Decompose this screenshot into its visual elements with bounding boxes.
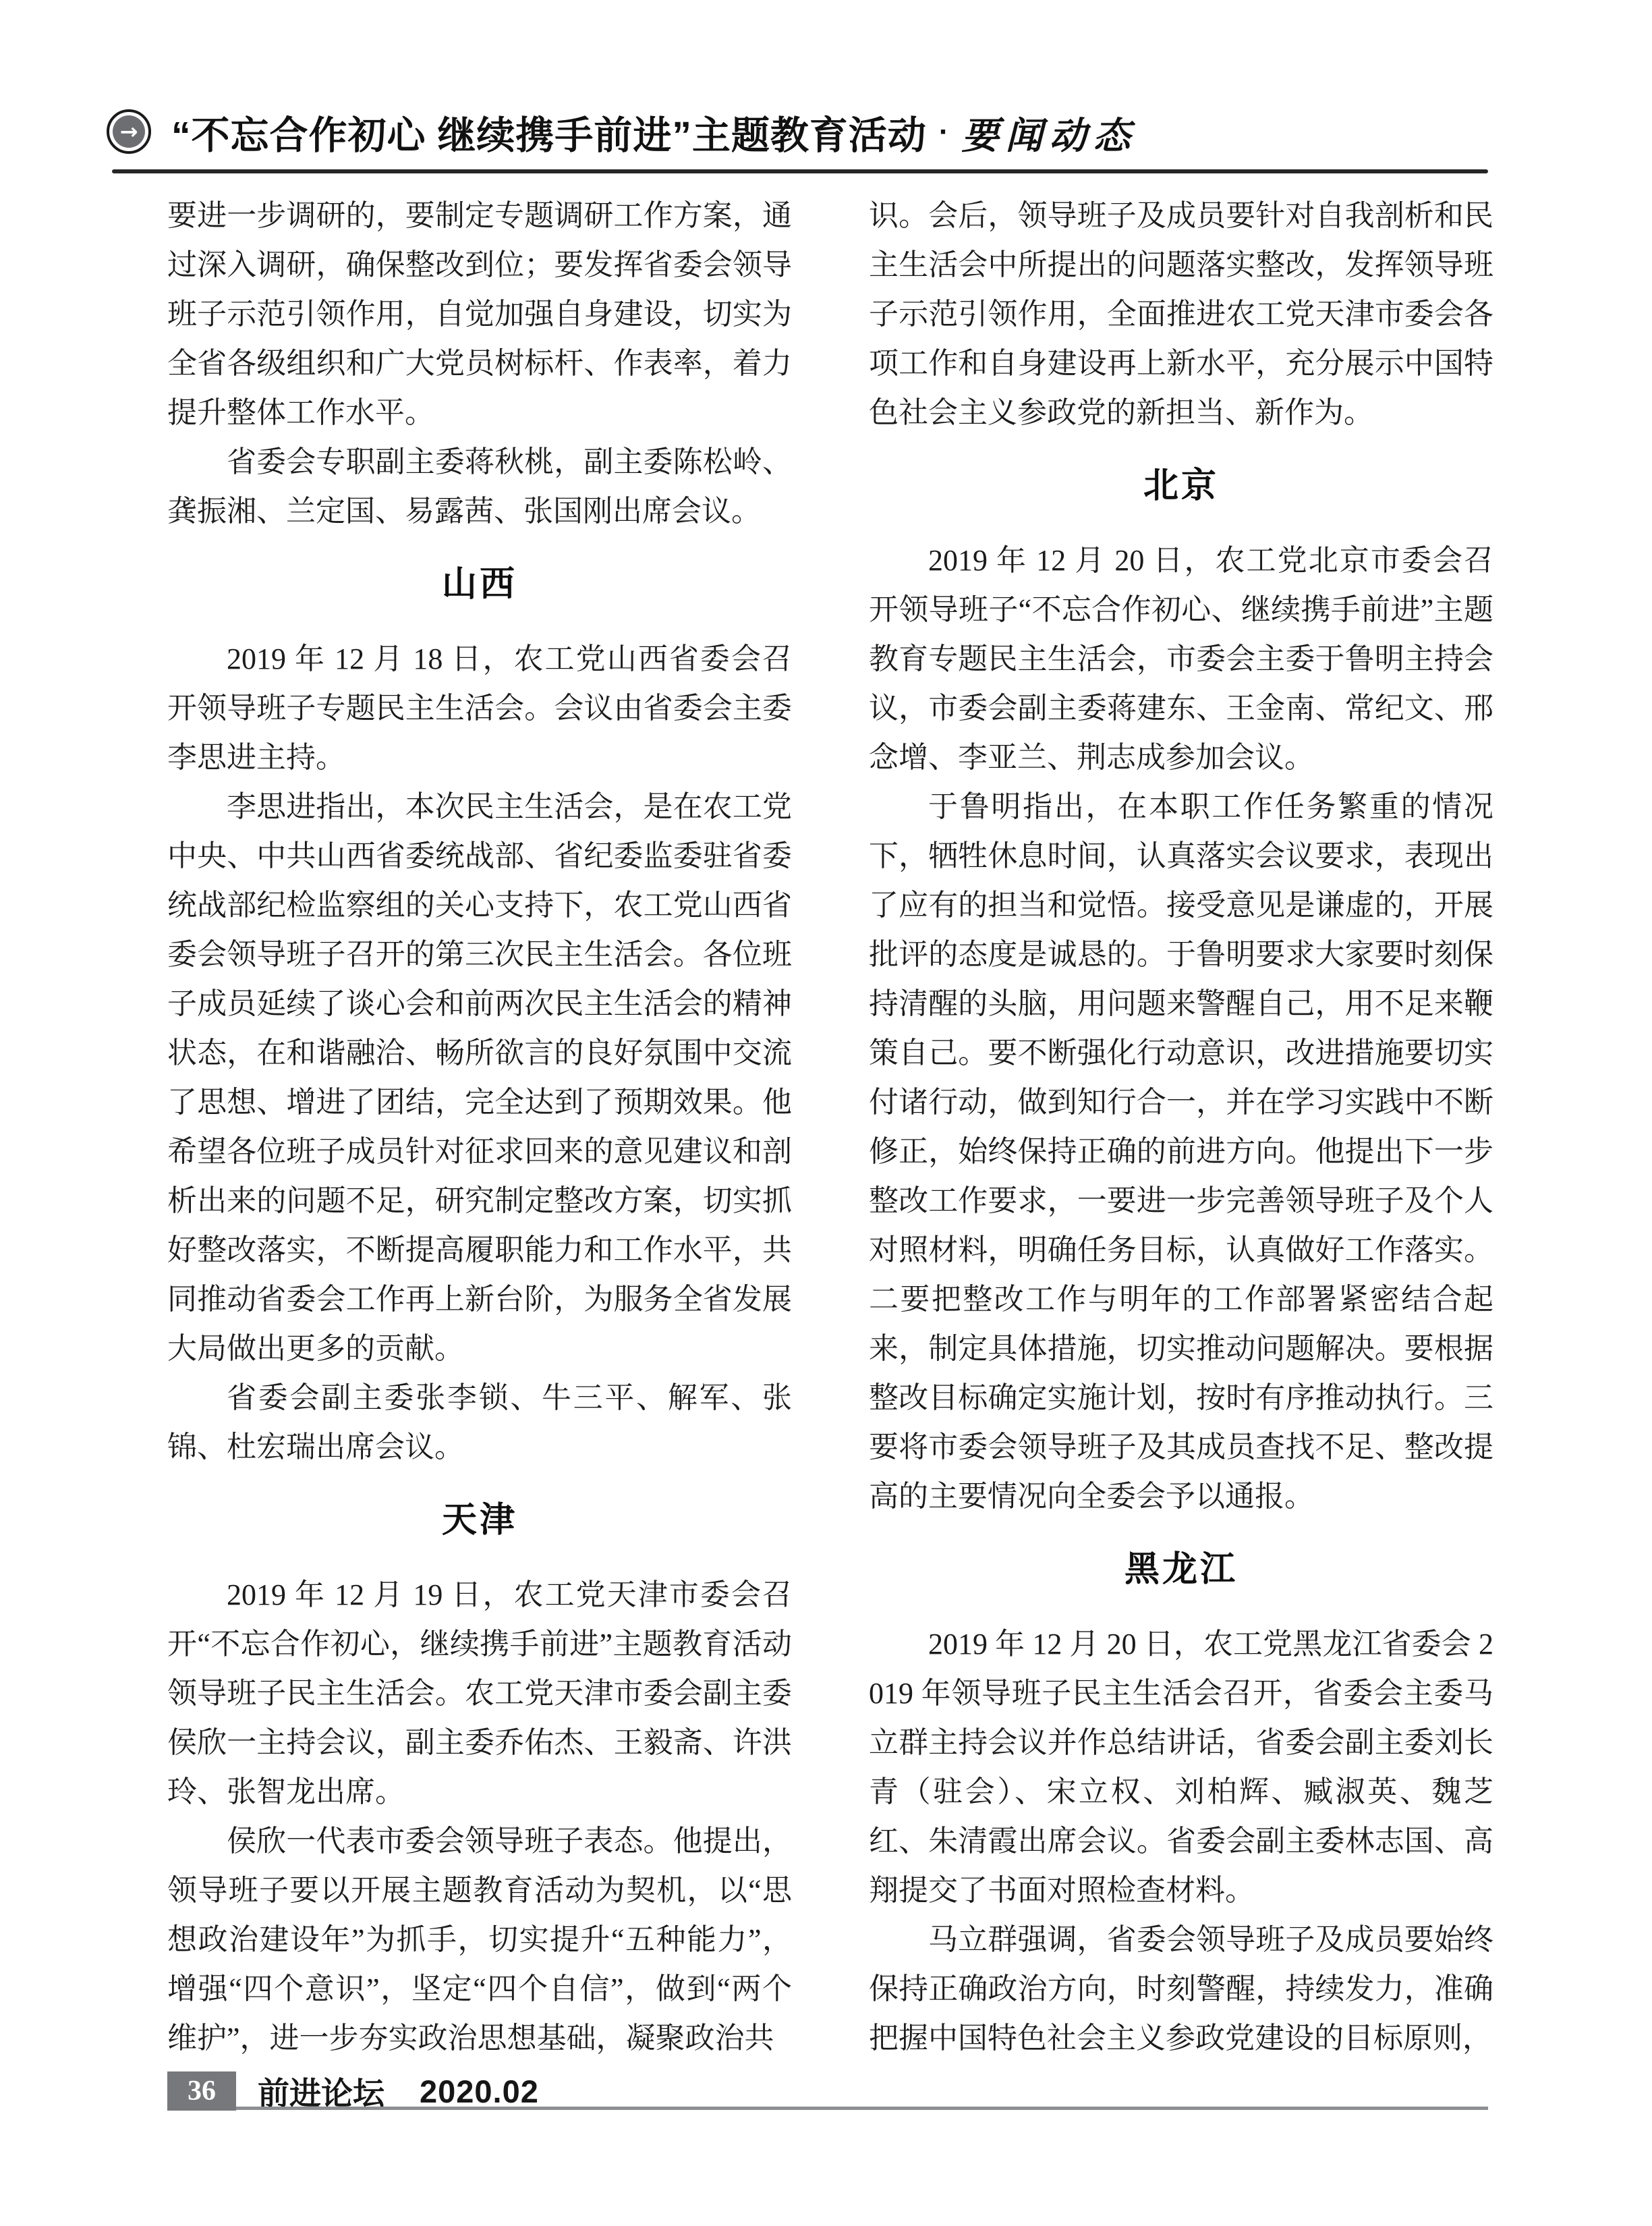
arrow-circle-icon: →: [107, 109, 151, 154]
body-paragraph: 于鲁明指出，在本职工作任务繁重的情况下，牺牲休息时间，认真落实会议要求，表现出了…: [869, 782, 1493, 1521]
body-paragraph: 2019 年 12 月 20 日，农工党黑龙江省委会 2019 年领导班子民主生…: [869, 1619, 1493, 1915]
right-column: 识。会后，领导班子及成员要针对自我剖析和民主生活会中所提出的问题落实整改，发挥领…: [869, 191, 1493, 2063]
section-heading-heilongjiang: 黑龙江: [869, 1545, 1493, 1594]
section-heading-tianjin: 天津: [167, 1496, 792, 1545]
body-paragraph: 马立群强调，省委会领导班子及成员要始终保持正确政治方向，时刻警醒，持续发力，准确…: [869, 1915, 1493, 2063]
body-paragraph: 省委会副主委张李锁、牛三平、解军、张锦、杜宏瑞出席会议。: [167, 1373, 792, 1472]
header-rule: [112, 169, 1488, 173]
body-paragraph: 2019 年 12 月 19 日，农工党天津市委会召开“不忘合作初心，继续携手前…: [167, 1570, 792, 1816]
header-separator-dot: ·: [939, 115, 950, 149]
body-paragraph: 李思进指出，本次民主生活会，是在农工党中央、中共山西省委统战部、省纪委监委驻省委…: [167, 782, 792, 1373]
section-heading-shanxi: 山西: [167, 560, 792, 609]
body-paragraph: 要进一步调研的，要制定专题调研工作方案，通过深入调研，确保整改到位；要发挥省委会…: [167, 191, 792, 437]
left-column: 要进一步调研的，要制定专题调研工作方案，通过深入调研，确保整改到位；要发挥省委会…: [167, 191, 792, 2063]
body-paragraph: 2019 年 12 月 20 日，农工党北京市委会召开领导班子“不忘合作初心、继…: [869, 536, 1493, 782]
journal-issue: 2020.02: [420, 2073, 539, 2110]
body-paragraph: 省委会专职副主委蒋秋桃，副主委陈松岭、龚振湘、兰定国、易露茜、张国刚出席会议。: [167, 437, 792, 536]
page-header: “不忘合作初心 继续携手前进”主题教育活动 · 要闻动态: [171, 105, 1137, 159]
magazine-page: → “不忘合作初心 继续携手前进”主题教育活动 · 要闻动态 要进一步调研的，要…: [0, 0, 1652, 2226]
body-paragraph: 识。会后，领导班子及成员要针对自我剖析和民主生活会中所提出的问题落实整改，发挥领…: [869, 191, 1493, 437]
body-paragraph: 2019 年 12 月 18 日，农工党山西省委会召开领导班子专题民主生活会。会…: [167, 634, 792, 782]
footer-rule: [236, 2107, 1488, 2110]
page-number-badge: 36: [167, 2071, 236, 2111]
header-theme-title: “不忘合作初心 继续携手前进”主题教育活动: [171, 105, 927, 160]
body-paragraph: 侯欣一代表市委会领导班子表态。他提出，领导班子要以开展主题教育活动为契机，以“思…: [167, 1816, 792, 2063]
arrow-right-icon: →: [113, 115, 145, 148]
page-number: 36: [188, 2075, 216, 2107]
section-heading-beijing: 北京: [869, 462, 1493, 511]
footer-journal-line: 前进论坛 2020.02: [258, 2071, 539, 2111]
header-column-name: 要闻动态: [962, 106, 1137, 159]
arrow-glyph: →: [120, 121, 138, 142]
